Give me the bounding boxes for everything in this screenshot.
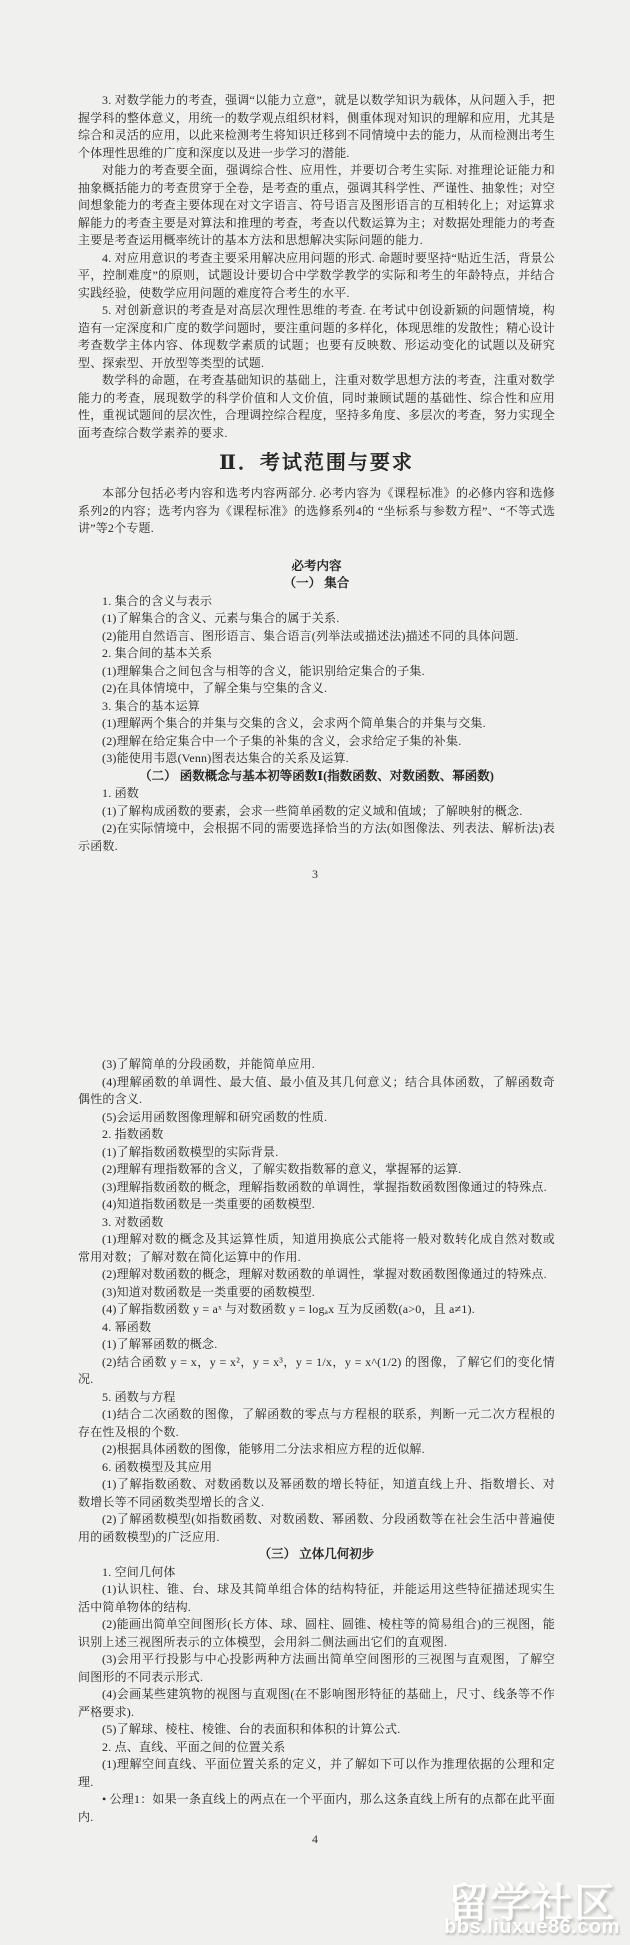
paragraph: 2. 点、直线、平面之间的位置关系: [78, 1739, 555, 1757]
paragraph: (2)能画出简单空间图形(长方体、球、圆柱、圆锥、棱柱等的简易组合)的三视图，能…: [78, 1616, 555, 1651]
sub-heading: （三） 立体几何初步: [78, 1546, 555, 1564]
paragraph: (4)了解指数函数 y = aˣ 与对数函数 y = logₐx 互为反函数(a…: [78, 1301, 555, 1319]
paragraph: • 公理1：如果一条直线上的两点在一个平面内，那么这条直线上所有的点都在此平面内…: [78, 1791, 555, 1826]
paragraph: (1)结合二次函数的图像，了解函数的零点与方程根的联系，判断一元二次方程根的存在…: [78, 1406, 555, 1441]
document-page-3: 3. 对数学能力的考查，强调“以能力立意”，就是以数学知识为载体，从问题入手，把…: [78, 92, 555, 855]
paragraph: (1)理解空间直线、平面位置关系的定义，并了解如下可以作为推理依据的公理和定理.: [78, 1756, 555, 1791]
paragraph: (5)了解球、棱柱、棱锥、台的表面积和体积的计算公式.: [78, 1721, 555, 1739]
paragraph: (2)理解在给定集合中一个子集的补集的含义，会求给定子集的补集.: [78, 733, 555, 751]
document-page-4: (3)了解简单的分段函数，并能简单应用.(4)理解函数的单调性、最大值、最小值及…: [78, 1056, 555, 1826]
paragraph: (2)了解函数模型(如指数函数、对数函数、幂函数、分段函数等在社会生活中普遍使用…: [78, 1511, 555, 1546]
paragraph: 6. 函数模型及其应用: [78, 1459, 555, 1477]
paragraph: (1)理解两个集合的并集与交集的含义，会求两个简单集合的并集与交集.: [78, 715, 555, 733]
paragraph: 1. 函数: [78, 785, 555, 803]
paragraph: (3)了解简单的分段函数，并能简单应用.: [78, 1056, 555, 1074]
spacer: [78, 538, 555, 558]
sub-heading: 必考内容: [78, 558, 555, 576]
paragraph: (4)知道指数函数是一类重要的函数模型.: [78, 1196, 555, 1214]
paragraph: (4)理解函数的单调性、最大值、最小值及其几何意义；结合具体函数，了解函数奇偶性…: [78, 1074, 555, 1109]
site-watermark: 留学社区 bbs.liuxue86.com: [437, 1882, 627, 1937]
paragraph: (1)了解集合的含义、元素与集合的属于关系.: [78, 610, 555, 628]
paragraph: (3)会用平行投影与中心投影两种方法画出简单空间图形的三视图与直观图，了解空间图…: [78, 1651, 555, 1686]
paragraph: 5. 函数与方程: [78, 1389, 555, 1407]
paragraph: (1)了解指数函数模型的实际背景.: [78, 1144, 555, 1162]
paragraph: (2)理解有理指数幂的含义，了解实数指数幂的意义，掌握幂的运算.: [78, 1161, 555, 1179]
paragraph: 3. 对数学能力的考查，强调“以能力立意”，就是以数学知识为载体，从问题入手，把…: [78, 92, 555, 162]
paragraph: (2)能用自然语言、图形语言、集合语言(列举法或描述法)描述不同的具体问题.: [78, 628, 555, 646]
paragraph: (4)会画某些建筑物的视图与直观图(在不影响图形特征的基础上，尺寸、线条等不作严…: [78, 1686, 555, 1721]
paragraph: (1)理解集合之间包含与相等的含义，能识别给定集合的子集.: [78, 663, 555, 681]
paragraph: (2)根据具体函数的图像，能够用二分法求相应方程的近似解.: [78, 1441, 555, 1459]
paragraph: (1)了解幂函数的概念.: [78, 1336, 555, 1354]
paragraph: 1. 集合的含义与表示: [78, 593, 555, 611]
watermark-site-url: bbs.liuxue86.com: [437, 1917, 627, 1937]
paragraph: 本部分包括必考内容和选考内容两部分. 必考内容为《课程标准》的必修内容和选修系列…: [78, 485, 555, 538]
paragraph: 1. 空间几何体: [78, 1564, 555, 1582]
paragraph: 3. 对数函数: [78, 1214, 555, 1232]
paragraph: (3)能使用韦恩(Venn)图表达集合的关系及运算.: [78, 750, 555, 768]
paragraph: (3)知道对数函数是一类重要的函数模型.: [78, 1284, 555, 1302]
paragraph: 2. 集合间的基本关系: [78, 645, 555, 663]
paragraph: (3)理解指数函数的概念，理解指数函数的单调性，掌握指数函数图像通过的特殊点.: [78, 1179, 555, 1197]
page-number-3: 3: [0, 866, 630, 884]
sub-heading: （二） 函数概念与基本初等函数Ⅰ(指数函数、对数函数、幂函数): [78, 768, 555, 786]
paragraph: 5. 对创新意识的考查是对高层次理性思维的考查. 在考试中创设新颖的问题情境，构…: [78, 302, 555, 372]
paragraph: (1)了解指数函数、对数函数以及幂函数的增长特征，知道直线上升、指数增长、对数增…: [78, 1476, 555, 1511]
paragraph: (2)在具体情境中，了解全集与空集的含义.: [78, 680, 555, 698]
paragraph: (1)认识柱、锥、台、球及其简单组合体的结构特征，并能运用这些特征描述现实生活中…: [78, 1581, 555, 1616]
paragraph: 3. 集合的基本运算: [78, 698, 555, 716]
paragraph: (2)理解对数函数的概念，理解对数函数的单调性，掌握对数函数图像通过的特殊点.: [78, 1266, 555, 1284]
page-number-4: 4: [0, 1831, 630, 1849]
paragraph: 数学科的命题，在考查基础知识的基础上，注重对数学思想方法的考查，注重对数学能力的…: [78, 372, 555, 442]
paragraph: (5)会运用函数图像理解和研究函数的性质.: [78, 1109, 555, 1127]
paragraph: (2)在实际情境中，会根据不同的需要选择恰当的方法(如图像法、列表法、解析法)表…: [78, 820, 555, 855]
paragraph: (2)结合函数 y = x，y = x²，y = x³，y = 1/x，y = …: [78, 1354, 555, 1389]
paragraph: (1)了解构成函数的要素，会求一些简单函数的定义域和值域；了解映射的概念.: [78, 803, 555, 821]
paragraph: (1)理解对数的概念及其运算性质，知道用换底公式能将一般对数转化成自然对数或常用…: [78, 1231, 555, 1266]
sub-heading: （一） 集合: [78, 575, 555, 593]
paragraph: 4. 对应用意识的考查主要采用解决应用问题的形式. 命题时要坚持“贴近生活，背景…: [78, 250, 555, 303]
paragraph: 2. 指数函数: [78, 1126, 555, 1144]
section-title: Ⅱ．考试范围与要求: [78, 450, 555, 476]
paragraph: 对能力的考查要全面，强调综合性、应用性，并要切合考生实际. 对推理论证能力和抽象…: [78, 162, 555, 250]
paragraph: 4. 幂函数: [78, 1319, 555, 1337]
